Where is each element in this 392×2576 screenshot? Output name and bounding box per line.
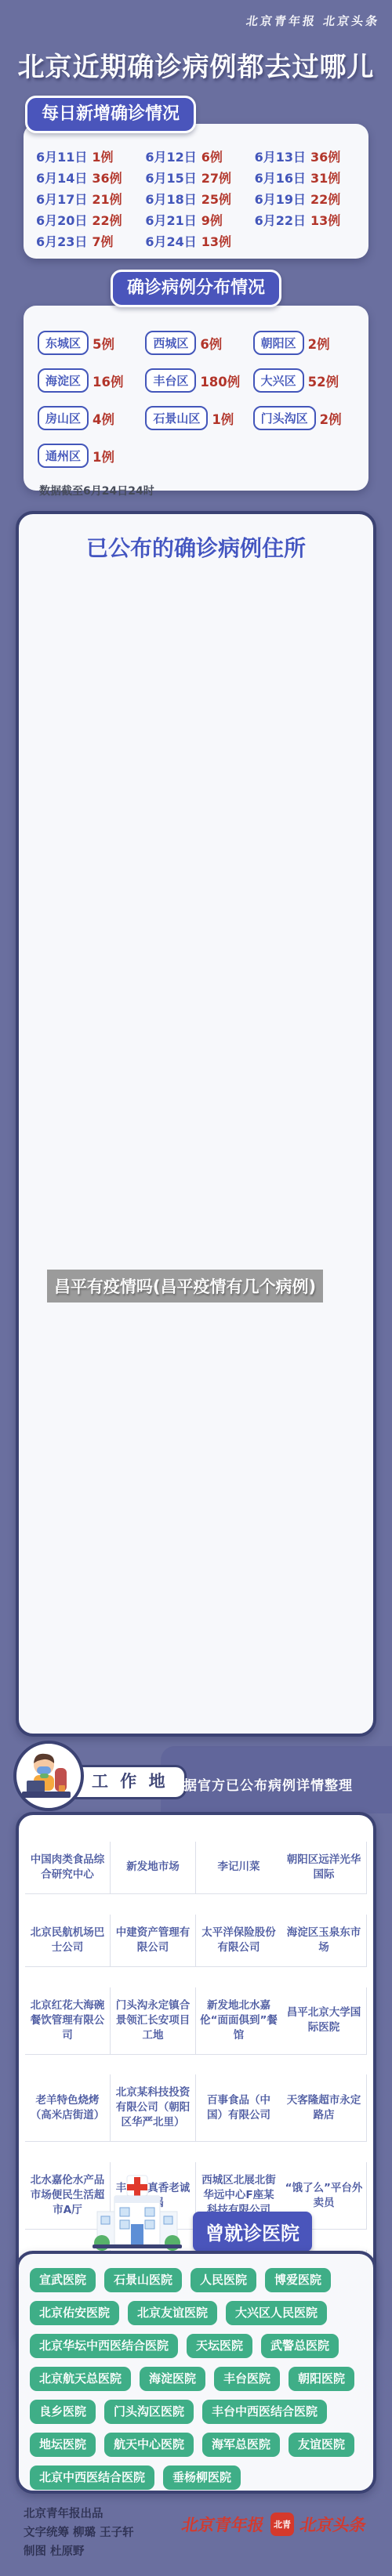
infographic-page: 北京青年报 北京头条 北京近期确诊病例都去过哪儿 6月11日 1例 6月12日 … <box>0 0 392 2576</box>
district-pill: 石景山区 <box>145 406 208 430</box>
hospital-tag: 门头沟区医院 <box>104 2400 194 2424</box>
workplace-cell: 太平洋保险股份有限公司 <box>196 1915 281 1967</box>
hospital-tag: 北京友谊医院 <box>128 2301 217 2325</box>
daily-count: 31例 <box>310 168 340 187</box>
footer-credits: 北京青年报出品 文字统筹 柳璐 王子轩 制图 杜原野 <box>24 2505 134 2561</box>
district-entry: 大兴区 52例 <box>253 368 361 393</box>
hospital-tag: 友谊医院 <box>289 2433 354 2457</box>
data-cutoff-note: 数据截至6月24日24时 <box>24 481 368 498</box>
daily-cases-card: 6月11日 1例 6月12日 6例 6月13日 36例 6月14日 36例 <box>24 124 368 259</box>
district-count: 6例 <box>200 334 222 353</box>
district-count: 1例 <box>212 409 234 428</box>
district-pill: 门头沟区 <box>253 406 316 430</box>
district-pill: 海淀区 <box>38 368 89 393</box>
workplace-cell: 新发地北水嘉伦“面面俱到”餐馆 <box>196 1987 281 2055</box>
daily-case-entry: 6月22日 13例 <box>255 211 364 232</box>
daily-date: 6月19日 <box>255 190 306 208</box>
district-count: 16例 <box>93 371 123 390</box>
daily-count: 13例 <box>310 211 340 229</box>
daily-case-entry: 6月21日 9例 <box>145 211 254 232</box>
daily-count: 25例 <box>201 190 231 208</box>
daily-count: 22例 <box>310 190 340 208</box>
hospitals-card: 宣武医院 石景山医院 人民医院 博爱医院 北京佑安医院 北京友谊医院 大兴区人民… <box>16 2251 376 2494</box>
hospital-icon <box>88 2171 187 2252</box>
daily-case-entry: 6月15日 27例 <box>145 168 254 190</box>
hospital-tag: 海军总医院 <box>202 2433 280 2457</box>
daily-count: 27例 <box>201 168 231 187</box>
district-entry: 房山区 4例 <box>38 406 145 430</box>
hospital-section-badge: 曾就诊医院 <box>193 2212 312 2252</box>
daily-date: 6月11日 <box>36 147 87 165</box>
workplace-note: 根据官方已公布病例详情整理 <box>169 1774 353 1794</box>
workplace-cell: 海淀区玉泉东市场 <box>281 1915 367 1967</box>
daily-date: 6月15日 <box>145 168 196 187</box>
daily-case-entry: 6月12日 6例 <box>145 147 254 168</box>
daily-case-entry: 6月16日 31例 <box>255 168 364 190</box>
hospital-tag: 天坛医院 <box>187 2334 252 2358</box>
district-pill: 通州区 <box>38 444 89 468</box>
hospital-tag: 海淀医院 <box>140 2367 205 2391</box>
worker-icon <box>13 1740 85 1812</box>
daily-date: 6月24日 <box>145 232 196 250</box>
daily-case-entry: 6月18日 25例 <box>145 190 254 211</box>
hospital-tag: 人民医院 <box>191 2268 256 2292</box>
hospital-tag: 良乡医院 <box>30 2400 96 2424</box>
daily-date: 6月23日 <box>36 232 87 250</box>
workplace-cell: 老羊特色烧烤（高米店街道） <box>25 2074 111 2142</box>
district-entry: 朝阳区 2例 <box>253 331 361 355</box>
hospital-tag: 丰台中西医结合医院 <box>202 2400 327 2424</box>
hospital-tag: 航天中心医院 <box>104 2433 194 2457</box>
daily-cases-grid: 6月11日 1例 6月12日 6例 6月13日 36例 6月14日 36例 <box>24 124 368 253</box>
district-count: 180例 <box>200 371 240 390</box>
daily-case-entry: 6月11日 1例 <box>36 147 145 168</box>
district-count: 2例 <box>320 409 342 428</box>
district-pill: 东城区 <box>38 331 89 355</box>
district-entry: 东城区 5例 <box>38 331 145 355</box>
workplace-cell: 北京民航机场巴士公司 <box>25 1915 111 1967</box>
district-pill: 房山区 <box>38 406 89 430</box>
daily-date: 6月13日 <box>255 147 306 165</box>
hospital-tag: 石景山医院 <box>104 2268 182 2292</box>
residences-title: 已公布的确诊病例住所 <box>27 531 365 563</box>
residences-card: 已公布的确诊病例住所 <box>16 511 376 1737</box>
distribution-card: 东城区 5例 西城区 6例 朝阳区 2例 海淀区 16例 <box>24 306 368 491</box>
byb-logo: 北京青年报 <box>180 2513 266 2536</box>
district-entry: 通州区 1例 <box>38 444 145 468</box>
district-entry: 海淀区 16例 <box>38 368 145 393</box>
btt-logo: 北京头条 <box>298 2513 368 2536</box>
credit-line: 制图 杜原野 <box>24 2542 134 2561</box>
hospital-tag: 宣武医院 <box>30 2268 96 2292</box>
distribution-section-badge: 确诊病例分布情况 <box>111 270 281 307</box>
daily-count: 36例 <box>310 147 340 165</box>
daily-count: 21例 <box>92 190 122 208</box>
district-count: 5例 <box>93 334 114 353</box>
daily-date: 6月14日 <box>36 168 87 187</box>
daily-count: 36例 <box>92 168 122 187</box>
page-title: 北京近期确诊病例都去过哪儿 <box>0 45 392 84</box>
hospital-tag: 地坛医院 <box>30 2433 96 2457</box>
footer-logos: 北京青年报 北青 北京头条 <box>182 2513 366 2536</box>
daily-date: 6月18日 <box>145 190 196 208</box>
district-entry: 门头沟区 2例 <box>253 406 361 430</box>
brand-logo-text: 北京青年报 北京头条 <box>245 13 380 29</box>
district-entry: 西城区 6例 <box>145 331 252 355</box>
daily-date: 6月16日 <box>255 168 306 187</box>
daily-date: 6月20日 <box>36 211 87 229</box>
workplace-cell: 中建资产管理有限公司 <box>111 1915 196 1967</box>
credit-line: 文字统筹 柳璐 王子轩 <box>24 2523 134 2542</box>
daily-date: 6月12日 <box>145 147 196 165</box>
daily-case-entry: 6月24日 13例 <box>145 232 254 253</box>
hospital-tag: 垂杨柳医院 <box>163 2465 241 2490</box>
hospital-tag: 北京中西医结合医院 <box>30 2465 154 2490</box>
daily-count: 9例 <box>201 211 223 229</box>
workplace-cell: 百事食品（中国）有限公司 <box>196 2074 281 2142</box>
credit-line: 北京青年报出品 <box>24 2505 134 2523</box>
district-count: 1例 <box>93 447 114 466</box>
daily-count: 7例 <box>92 232 113 250</box>
hospital-tag: 北京航天总医院 <box>30 2367 131 2391</box>
daily-case-entry: 6月17日 21例 <box>36 190 145 211</box>
district-pill: 朝阳区 <box>253 331 304 355</box>
workplace-cell: 北京红花大海碗餐饮管理有限公司 <box>25 1987 111 2055</box>
workplace-cell: 天客隆超市永定路店 <box>281 2074 367 2142</box>
workplace-cell: 李记川菜 <box>196 1842 281 1894</box>
workplace-cell: 门头沟永定镇合景领汇长安项目工地 <box>111 1987 196 2055</box>
workplace-cell: 昌平北京大学国际医院 <box>281 1987 367 2055</box>
daily-date: 6月21日 <box>145 211 196 229</box>
bq-square-logo: 北青 <box>270 2513 294 2536</box>
workplace-cell: 北京某科技投资有限公司（朝阳区华严北里） <box>111 2074 196 2142</box>
daily-count: 13例 <box>201 232 231 250</box>
district-count: 52例 <box>308 371 339 390</box>
daily-count: 22例 <box>92 211 122 229</box>
district-count: 4例 <box>93 409 114 428</box>
district-pill: 大兴区 <box>253 368 304 393</box>
hospital-tag: 博爱医院 <box>265 2268 331 2292</box>
daily-section-badge: 每日新增确诊情况 <box>25 96 196 133</box>
daily-case-entry: 6月23日 7例 <box>36 232 145 253</box>
workplace-cell: 中国肉类食品综合研究中心 <box>25 1842 111 1894</box>
distribution-grid: 东城区 5例 西城区 6例 朝阳区 2例 海淀区 16例 <box>24 306 368 481</box>
district-entry: 石景山区 1例 <box>145 406 252 430</box>
daily-case-entry: 6月13日 36例 <box>255 147 364 168</box>
workplace-cell: 朝阳区远洋光华国际 <box>281 1842 367 1894</box>
daily-count: 6例 <box>201 147 223 165</box>
daily-case-entry: 6月19日 22例 <box>255 190 364 211</box>
daily-case-entry: 6月14日 36例 <box>36 168 145 190</box>
hospital-tag: 朝阳医院 <box>289 2367 354 2391</box>
daily-case-entry: 6月20日 22例 <box>36 211 145 232</box>
district-entry: 丰台区 180例 <box>145 368 252 393</box>
daily-date: 6月17日 <box>36 190 87 208</box>
hospital-tag: 北京佑安医院 <box>30 2301 119 2325</box>
hospital-tag: 大兴区人民医院 <box>226 2301 327 2325</box>
daily-count: 1例 <box>92 147 113 165</box>
hospital-tag: 北京华坛中西医结合医院 <box>30 2334 178 2358</box>
district-pill: 丰台区 <box>145 368 196 393</box>
hospital-tag: 丰台医院 <box>214 2367 280 2391</box>
district-pill: 西城区 <box>145 331 196 355</box>
hospital-tag: 武警总医院 <box>261 2334 339 2358</box>
overlay-caption: 昌平有疫情吗(昌平疫情有几个病例) <box>47 1270 323 1302</box>
district-count: 2例 <box>308 334 330 353</box>
workplace-cell: 新发地市场 <box>111 1842 196 1894</box>
daily-date: 6月22日 <box>255 211 306 229</box>
